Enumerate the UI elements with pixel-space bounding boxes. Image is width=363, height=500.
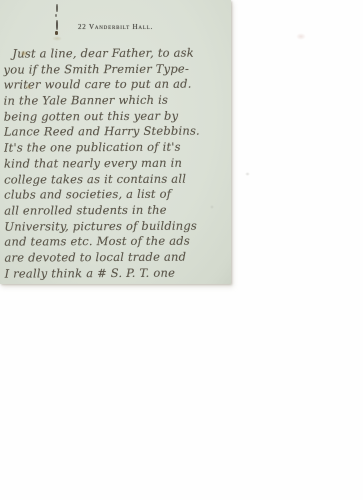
ink-speck: [56, 20, 58, 30]
ink-speck: [56, 4, 58, 12]
letter-line: Lance Reed and Harry Stebbins.: [4, 124, 229, 141]
scanner-dust: [245, 172, 250, 176]
letter-line: writer would care to put an ad.: [4, 77, 229, 94]
ink-speck: [55, 14, 57, 17]
letter-line: It's the one publication of it's: [4, 140, 229, 157]
letter-line: kind that nearly every man in: [4, 155, 229, 172]
letter-body: Just a line, dear Father, to askyou if t…: [3, 45, 229, 284]
letter-line: University, pictures of buildings: [4, 218, 229, 235]
paper-stain: [25, 84, 32, 90]
ink-speck: [55, 31, 58, 35]
letter-line: being gotten out this year by: [4, 108, 229, 125]
scanner-dust: [296, 33, 306, 40]
scan-background: 22 Vanderbilt Hall. Just a line, dear Fa…: [0, 0, 363, 500]
letter-line: I really think a # S. P. T. one: [5, 265, 230, 282]
paper-stain: [52, 36, 62, 41]
letter-page: 22 Vanderbilt Hall. Just a line, dear Fa…: [0, 0, 231, 284]
paper-stain: [20, 50, 28, 57]
scanner-dust: [210, 205, 214, 209]
letter-line: clubs and societies, a list of: [4, 187, 229, 204]
letter-line: all enrolled students in the: [4, 202, 229, 219]
letter-line: Just a line, dear Father, to ask: [3, 45, 228, 62]
letter-line: are devoted to local trade and: [4, 249, 229, 266]
letter-line: you if the Smith Premier Type-: [3, 61, 228, 78]
letter-line: college takes as it contains all: [4, 171, 229, 188]
letterhead: 22 Vanderbilt Hall.: [0, 23, 231, 31]
letter-line: in the Yale Banner which is: [4, 92, 229, 109]
letter-line: and teams etc. Most of the ads: [4, 234, 229, 251]
